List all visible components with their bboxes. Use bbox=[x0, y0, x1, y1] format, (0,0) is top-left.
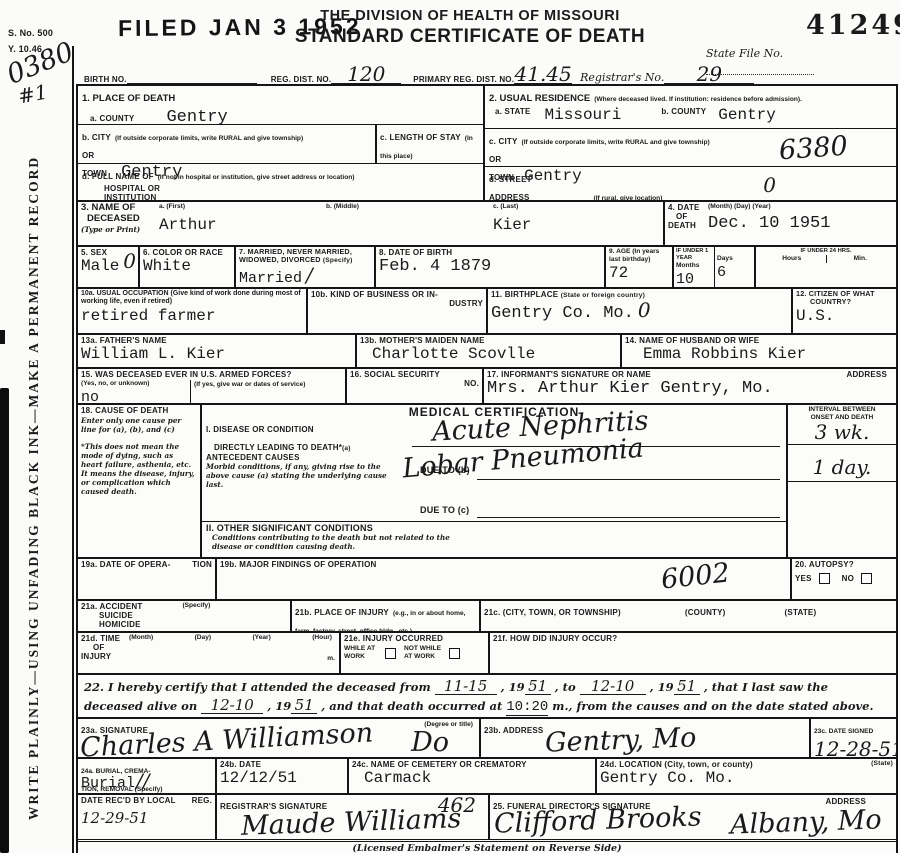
father-label: 13a. FATHER'S NAME bbox=[81, 336, 352, 345]
section-burial-location: 24d. LOCATION (City, town, or county)(St… bbox=[595, 759, 896, 793]
min-label: Min. bbox=[827, 255, 895, 263]
row-operation: 19a. DATE OF OPERA-TION 19b. MAJOR FINDI… bbox=[78, 557, 896, 599]
sex-handwritten-mark: 0 bbox=[123, 251, 136, 271]
death-certificate-scan: WRITE PLAINLY—USING UNFADING BLACK INK—M… bbox=[0, 0, 900, 853]
certify-p3: , to bbox=[555, 680, 576, 694]
section-age-months: IF UNDER 1 YEAR Months 10 bbox=[672, 247, 714, 287]
row-certify-statement: 22. I hereby certify that I attended the… bbox=[78, 673, 896, 717]
section-date-of-death: 4. DATEOFDEATH (Month) (Day) (Year) Dec.… bbox=[663, 202, 896, 245]
section-place-of-injury: 21b. PLACE OF INJURY (e.g., in or about … bbox=[290, 601, 479, 631]
first-value: Arthur bbox=[159, 217, 326, 234]
spouse-value: Emma Robbins Kier bbox=[643, 345, 806, 363]
section-cemetery: 24c. NAME OF CEMETERY OR CREMATORY Carma… bbox=[347, 759, 595, 793]
section-armed-forces: 15. WAS DECEASED EVER IN U.S. ARMED FORC… bbox=[78, 369, 345, 403]
antecedent-note: Morbid conditions, if any, giving rise t… bbox=[206, 462, 406, 489]
row-medical-certification: 18. CAUSE OF DEATH Enter only one cause … bbox=[78, 403, 896, 557]
section-marital-status: 7. MARRIED, NEVER MARRIED,WIDOWED, DIVOR… bbox=[234, 247, 374, 287]
occupation-value: retired farmer bbox=[81, 307, 215, 325]
autopsy-no-checkbox bbox=[861, 573, 872, 584]
residence-title-note: (Where deceased lived. If institution: r… bbox=[594, 96, 802, 103]
funeral-director-signature: Clifford Brooks bbox=[494, 803, 702, 837]
state-file-label: State File No. bbox=[706, 47, 783, 60]
res-city-label: c. CITY bbox=[489, 137, 518, 146]
burial-mark: // bbox=[136, 771, 149, 791]
section-date-of-birth: 8. DATE OF BIRTH Feb. 4 1879 bbox=[374, 247, 604, 287]
burial-value: Burial bbox=[81, 776, 135, 792]
section-sex: 5. SEX Male 0 bbox=[78, 247, 138, 287]
section-physician-address: 23b. ADDRESS Gentry, Mo bbox=[479, 719, 809, 757]
autopsy-label: 20. AUTOPSY? bbox=[795, 560, 893, 569]
mother-label: 13b. MOTHER'S MAIDEN NAME bbox=[360, 336, 617, 345]
under24-label: IF UNDER 24 HRS. bbox=[758, 248, 894, 255]
section-age-hours-min: IF UNDER 24 HRS. Hours Min. bbox=[754, 247, 896, 287]
section-birthplace: 11. BIRTHPLACE (State or foreign country… bbox=[486, 289, 791, 333]
autopsy-no-label: NO bbox=[842, 574, 854, 583]
marital-value: Married bbox=[239, 271, 302, 287]
armed-forces-note2: (If yes, give war or dates of service) bbox=[190, 380, 345, 403]
section-injury-occurred: 21e. INJURY OCCURRED WHILE AT WORK NOT W… bbox=[339, 633, 488, 673]
cause-note1: Enter only one cause per line for (a), (… bbox=[81, 416, 197, 434]
interval-a-value: 3 wk. bbox=[788, 422, 896, 445]
reg-dist-value: 120 bbox=[331, 64, 401, 84]
injury-county-label: (COUNTY) bbox=[685, 608, 726, 617]
dob-label: 8. DATE OF BIRTH bbox=[379, 248, 601, 257]
injury-state-label: (STATE) bbox=[785, 608, 817, 617]
hospital-label3: INSTITUTION bbox=[104, 193, 479, 200]
first-label: a. (First) bbox=[159, 203, 326, 211]
primary-reg-value: 41.45 bbox=[514, 64, 572, 84]
marital-handwritten-mark: / bbox=[306, 263, 313, 287]
certify-p7: , and that death occurred at bbox=[321, 699, 502, 713]
section-major-findings: 19b. MAJOR FINDINGS OF OPERATION 6002 bbox=[215, 559, 790, 599]
certificate-form: 1. PLACE OF DEATH a. COUNTY Gentry b. CI… bbox=[76, 84, 898, 853]
section-mother: 13b. MOTHER'S MAIDEN NAME Charlotte Scov… bbox=[355, 335, 620, 367]
certificate-header: THE DIVISION OF HEALTH OF MISSOURI STAND… bbox=[290, 8, 650, 48]
row-burial: 24a. BURIAL, CREMA-TION, REMOVAL (Specif… bbox=[78, 757, 896, 793]
street-handwritten-0: 0 bbox=[763, 175, 776, 195]
name-subtitle: (Type or Print) bbox=[81, 225, 159, 234]
state-label: a. STATE bbox=[495, 107, 531, 124]
city-value: Gentry bbox=[121, 163, 182, 182]
disease-label: I. DISEASE OR CONDITIONDIRECTLY LEADING … bbox=[206, 425, 351, 452]
section-cause-of-death-notes: 18. CAUSE OF DEATH Enter only one cause … bbox=[78, 405, 200, 557]
section-usual-residence: 2. USUAL RESIDENCE (Where deceased lived… bbox=[483, 86, 896, 200]
months-label: Months bbox=[676, 262, 712, 270]
row-accident: 21a. ACCIDENTSUICIDEHOMICIDE (Specify) 2… bbox=[78, 599, 896, 631]
section-ssn: 16. SOCIAL SECURITYNO. bbox=[345, 369, 482, 403]
res-county-value: Gentry bbox=[718, 107, 776, 124]
birth-no-blank bbox=[127, 73, 257, 84]
name-title2: DECEASED bbox=[87, 214, 159, 225]
row-occupation: 10a. USUAL OCCUPATION (Give kind of work… bbox=[78, 287, 896, 333]
row-service-informant: 15. WAS DECEASED EVER IN U.S. ARMED FORC… bbox=[78, 367, 896, 403]
due-to-c-label: DUE TO (c) bbox=[420, 505, 469, 515]
injury-month-label: (Month) bbox=[129, 634, 153, 672]
section-age-days: Days 6 bbox=[714, 247, 754, 287]
other-conditions-label: II. OTHER SIGNIFICANT CONDITIONS bbox=[206, 523, 782, 533]
section-age: 9. AGE (In years last birthday) 72 bbox=[604, 247, 672, 287]
date-of-death-label: 4. DATEOFDEATH bbox=[668, 203, 708, 233]
section-date-of-operation: 19a. DATE OF OPERA-TION bbox=[78, 559, 215, 599]
county-label: a. COUNTY bbox=[90, 114, 134, 123]
row-place-residence: 1. PLACE OF DEATH a. COUNTY Gentry b. CI… bbox=[78, 86, 896, 200]
degree-value: Do bbox=[411, 729, 449, 756]
hospital-label2: HOSPITAL OR bbox=[104, 184, 479, 193]
row-family: 13a. FATHER'S NAME William L. Kier 13b. … bbox=[78, 333, 896, 367]
section-citizen: 12. CITIZEN OF WHATCOUNTRY? U.S. bbox=[791, 289, 896, 333]
section-place-of-death: 1. PLACE OF DEATH a. COUNTY Gentry b. CI… bbox=[78, 86, 483, 200]
accident-label: 21a. ACCIDENTSUICIDEHOMICIDE bbox=[81, 602, 142, 630]
length-of-stay-label: c. LENGTH OF STAY bbox=[380, 133, 461, 142]
registrar-signature-value: Maude Williams bbox=[241, 805, 462, 839]
informant-value: Mrs. Arthur Kier Gentry, Mo. bbox=[487, 379, 773, 398]
occupation-label: 10a. USUAL OCCUPATION (Give kind of work… bbox=[81, 290, 303, 307]
race-value: White bbox=[143, 257, 191, 275]
days-label: Days bbox=[717, 255, 752, 263]
date-received-label: DATE REC'D BY LOCALREG. bbox=[81, 796, 212, 805]
margin-instruction: WRITE PLAINLY—USING UNFADING BLACK INK—M… bbox=[26, 120, 42, 820]
res-handwritten-6380: 6380 bbox=[778, 133, 848, 165]
burial-date-label: 24b. DATE bbox=[220, 760, 344, 769]
date-signed-value: 12-28-51 bbox=[814, 739, 893, 757]
last-label: c. (Last) bbox=[493, 203, 660, 211]
birthplace-value: Gentry Co. Mo. bbox=[491, 305, 634, 323]
registrar-no-label: Registrar's No. bbox=[580, 71, 664, 84]
row-name-dateofdeath: 3. NAME OF DECEASED (Type or Print) a. (… bbox=[78, 200, 896, 245]
primary-reg-label: PRIMARY REG. DIST. NO. bbox=[413, 75, 514, 84]
while-at-work-label: WHILE AT WORK bbox=[344, 645, 382, 661]
handwritten-file-code2: #1 bbox=[16, 82, 49, 107]
section-informant: 17. INFORMANT'S SIGNATURE OR NAMEADDRESS… bbox=[482, 369, 896, 403]
injury-city-label: 21c. (CITY, TOWN, OR TOWNSHIP) bbox=[484, 608, 621, 617]
informant-address-label: ADDRESS bbox=[846, 370, 887, 379]
funeral-director-address: Albany, Mo bbox=[730, 806, 882, 838]
state-value: Missouri bbox=[545, 107, 622, 124]
row-physician: 23a. SIGNATURE (Degree or title) Charles… bbox=[78, 717, 896, 757]
year3-value: 51 bbox=[291, 698, 317, 714]
section-spouse: 14. NAME OF HUSBAND OR WIFE Emma Robbins… bbox=[620, 335, 896, 367]
interval-b-value: 1 day. bbox=[788, 445, 896, 482]
section-date-received: DATE REC'D BY LOCALREG. 12-29-51 bbox=[78, 795, 215, 839]
section-date-signed: 23c. DATE SIGNED 12-28-51 bbox=[809, 719, 896, 757]
section-autopsy: 20. AUTOPSY? YES NO bbox=[790, 559, 896, 599]
section-physician-signature: 23a. SIGNATURE (Degree or title) Charles… bbox=[78, 719, 479, 757]
division-title: THE DIVISION OF HEALTH OF MISSOURI bbox=[290, 8, 650, 24]
cause-c-line bbox=[477, 517, 780, 518]
sex-value: Male bbox=[81, 257, 119, 275]
date-of-death-value: Dec. 10 1951 bbox=[708, 215, 893, 233]
business-label: 10b. KIND OF BUSINESS OR IN-DUSTRY bbox=[311, 290, 483, 299]
certify-p8: m., from the causes and on the date stat… bbox=[552, 699, 873, 713]
injury-day-label: (Day) bbox=[195, 634, 212, 672]
section-burial-type: 24a. BURIAL, CREMA-TION, REMOVAL (Specif… bbox=[78, 759, 215, 793]
cemetery-value: Carmack bbox=[364, 769, 431, 787]
section-medical-certification: MEDICAL CERTIFICATION I. DISEASE OR COND… bbox=[200, 405, 786, 557]
marital-label: 7. MARRIED, NEVER MARRIED,WIDOWED, DIVOR… bbox=[239, 248, 371, 265]
hours-label: Hours bbox=[758, 255, 827, 263]
under1-label: IF UNDER 1 YEAR bbox=[676, 248, 712, 262]
operation-date-label: 19a. DATE OF OPERA-TION bbox=[81, 560, 212, 569]
armed-forces-value: no bbox=[81, 389, 99, 403]
not-while-at-work-label: NOT WHILE AT WORK bbox=[404, 645, 446, 661]
section-injury-location: 21c. (CITY, TOWN, OR TOWNSHIP) (COUNTY) … bbox=[479, 601, 896, 631]
citizen-label: 12. CITIZEN OF WHATCOUNTRY? bbox=[796, 290, 893, 307]
section-funeral-director: 25. FUNERAL DIRECTOR'S SIGNATURE ADDRESS… bbox=[488, 795, 896, 839]
res-city-note: (If outside corporate limits, write RURA… bbox=[522, 139, 710, 146]
registration-line: BIRTH NO. REG. DIST. NO. 120 PRIMARY REG… bbox=[84, 64, 896, 84]
city-label: b. CITY bbox=[82, 133, 111, 142]
injury-m-label: m. bbox=[327, 655, 335, 663]
certify-p4: , 19 bbox=[650, 680, 674, 694]
section-accident-type: 21a. ACCIDENTSUICIDEHOMICIDE (Specify) bbox=[78, 601, 290, 631]
attended-to-value: 12-10 bbox=[580, 679, 646, 695]
section-registrar-signature: REGISTRAR'S SIGNATURE 462 Maude Williams bbox=[215, 795, 488, 839]
res-county-label: b. COUNTY bbox=[661, 107, 706, 124]
burial-date-value: 12/12/51 bbox=[220, 769, 297, 787]
injury-place-label: 21b. PLACE OF INJURY bbox=[295, 608, 389, 617]
mother-value: Charlotte Scovlle bbox=[372, 345, 535, 363]
attended-from-value: 11-15 bbox=[435, 679, 497, 695]
certificate-number: 41249 bbox=[806, 10, 900, 41]
city-or-town-label: ORTOWN bbox=[82, 151, 107, 178]
section-how-injury: 21f. HOW DID INJURY OCCUR? bbox=[488, 633, 896, 673]
injury-year-label: (Year) bbox=[252, 634, 270, 672]
row-injury-time: 21d. TIMEOFINJURY (Month) (Day) (Year) (… bbox=[78, 631, 896, 673]
registrar-no-value: 29 bbox=[664, 64, 754, 84]
middle-label: b. (Middle) bbox=[326, 203, 493, 211]
father-value: William L. Kier bbox=[81, 345, 225, 363]
armed-forces-label: 15. WAS DECEASED EVER IN U.S. ARMED FORC… bbox=[78, 369, 345, 380]
cemetery-label: 24c. NAME OF CEMETERY OR CREMATORY bbox=[352, 760, 592, 769]
burial-location-value: Gentry Co. Mo. bbox=[600, 769, 734, 787]
embalmer-note: (Licensed Embalmer's Statement on Revers… bbox=[78, 839, 896, 853]
injury-time-label: 21d. TIMEOFINJURY bbox=[81, 634, 129, 672]
section-burial-date: 24b. DATE 12/12/51 bbox=[215, 759, 347, 793]
death-time-value: 10:20 bbox=[506, 699, 548, 716]
injury-occurred-label: 21e. INJURY OCCURRED bbox=[344, 634, 485, 643]
dob-value: Feb. 4 1879 bbox=[379, 257, 491, 276]
section-race: 6. COLOR OR RACE White bbox=[138, 247, 234, 287]
certify-p6: , 19 bbox=[267, 699, 291, 713]
place-of-death-title: 1. PLACE OF DEATH bbox=[82, 93, 175, 104]
date-signed-label: 23c. DATE SIGNED bbox=[814, 728, 873, 735]
autopsy-yes-checkbox bbox=[819, 573, 830, 584]
last-value: Kier bbox=[493, 217, 660, 234]
informant-label: 17. INFORMANT'S SIGNATURE OR NAMEADDRESS bbox=[487, 370, 893, 379]
section-certify-statement: 22. I hereby certify that I attended the… bbox=[78, 675, 896, 717]
age-label: 9. AGE (In years last birthday) bbox=[609, 248, 669, 264]
burial-location-label: 24d. LOCATION (City, town, or county)(St… bbox=[600, 760, 893, 769]
street-label: d. STREETADDRESS bbox=[489, 175, 532, 200]
birth-no-label: BIRTH NO. bbox=[84, 75, 127, 84]
physician-address-label: 23b. ADDRESS bbox=[484, 726, 543, 735]
section-business: 10b. KIND OF BUSINESS OR IN-DUSTRY bbox=[306, 289, 486, 333]
physician-signature-value: Charles A Williamson bbox=[79, 719, 373, 757]
scan-mark bbox=[0, 330, 5, 344]
cause-note2: *This does not mean the mode of dying, s… bbox=[81, 442, 197, 496]
cause-title: 18. CAUSE OF DEATH bbox=[81, 406, 197, 415]
armed-forces-note1: (Yes, no, or unknown) bbox=[81, 380, 187, 388]
physician-address-value: Gentry, Mo bbox=[545, 724, 697, 756]
citizen-value: U.S. bbox=[796, 308, 834, 325]
date-of-death-cols: (Month) (Day) (Year) bbox=[708, 203, 893, 211]
months-value: 10 bbox=[676, 271, 694, 287]
section-name-of-deceased: 3. NAME OF DECEASED (Type or Print) a. (… bbox=[78, 202, 663, 245]
section-time-of-injury: 21d. TIMEOFINJURY (Month) (Day) (Year) (… bbox=[78, 633, 339, 673]
burial-state-label: (State) bbox=[871, 760, 893, 768]
while-at-work-checkbox bbox=[385, 648, 396, 659]
row-registrar: DATE REC'D BY LOCALREG. 12-29-51 REGISTR… bbox=[78, 793, 896, 839]
race-label: 6. COLOR OR RACE bbox=[143, 248, 231, 257]
year2-value: 51 bbox=[674, 679, 700, 695]
days-value: 6 bbox=[717, 264, 726, 281]
row-demographics: 5. SEX Male 0 6. COLOR OR RACE White 7. … bbox=[78, 245, 896, 287]
residence-title: 2. USUAL RESIDENCE bbox=[489, 93, 590, 104]
spouse-label: 14. NAME OF HUSBAND OR WIFE bbox=[625, 336, 893, 345]
section-occupation: 10a. USUAL OCCUPATION (Give kind of work… bbox=[78, 289, 306, 333]
certify-p1: 22. I hereby certify that I attended the… bbox=[84, 680, 431, 694]
city-note: (If outside corporate limits, write RURA… bbox=[115, 135, 303, 142]
certificate-title: STANDARD CERTIFICATE OF DEATH bbox=[290, 26, 650, 48]
date-received-value: 12-29-51 bbox=[81, 811, 212, 826]
alive-on-value: 12-10 bbox=[201, 698, 263, 714]
autopsy-yes-label: YES bbox=[795, 574, 812, 583]
how-injury-label: 21f. HOW DID INJURY OCCUR? bbox=[493, 634, 893, 643]
other-conditions-note: Conditions contributing to the death but… bbox=[212, 533, 472, 551]
year1-value: 51 bbox=[525, 679, 551, 695]
injury-hour-label: (Hour) bbox=[312, 634, 332, 672]
certify-p2: , 19 bbox=[501, 680, 525, 694]
scan-black-edge bbox=[0, 388, 9, 853]
accident-note: (Specify) bbox=[182, 602, 210, 630]
not-while-at-work-checkbox bbox=[449, 648, 460, 659]
findings-handwritten: 6002 bbox=[660, 559, 731, 593]
cause-b-line bbox=[477, 479, 780, 480]
section-interval: INTERVAL BETWEENONSET AND DEATH 3 wk. 1 … bbox=[786, 405, 896, 557]
reg-dist-label: REG. DIST. NO. bbox=[271, 75, 332, 84]
ssn-label: 16. SOCIAL SECURITYNO. bbox=[350, 370, 479, 379]
age-value: 72 bbox=[609, 264, 628, 282]
birthplace-handwritten-mark: 0 bbox=[638, 298, 651, 322]
section-father: 13a. FATHER'S NAME William L. Kier bbox=[78, 335, 355, 367]
